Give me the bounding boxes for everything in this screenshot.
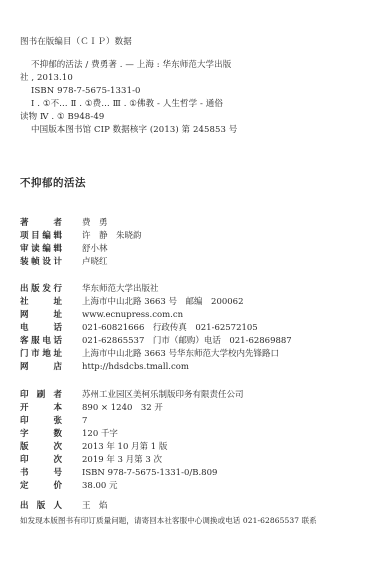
publisher-info-row: 门市地址上海市中山北路 3663 号华东师范大学校内先锋路口 — [20, 349, 279, 360]
publisher-info-value: 上海市中山北路 3663 号华东师范大学校内先锋路口 — [82, 349, 279, 360]
credit-label: 审读编辑 — [20, 244, 62, 255]
credit-value: 费 勇 — [82, 218, 108, 229]
credit-row: 审读编辑舒小林 — [20, 244, 108, 255]
print-info-value: 38.00 元 — [82, 481, 118, 492]
credit-row: 著者费 勇 — [20, 218, 108, 229]
credit-value: 舒小林 — [82, 244, 108, 255]
publisher-info-row: 电话021-60821666 行政传真 021-62572105 — [20, 323, 258, 334]
print-info-row: 书号ISBN 978-7-5675-1331-0/B.809 — [20, 468, 217, 479]
publisher-person-label: 出版人 — [20, 501, 62, 512]
publisher-info-value: 021-60821666 行政传真 021-62572105 — [82, 323, 258, 334]
publisher-info-row: 客服电话021-62865537 门市（邮购）电话 021-62869887 — [20, 336, 292, 347]
print-info-label: 书号 — [20, 468, 62, 479]
print-info-value: 120 千字 — [82, 429, 118, 440]
credit-row: 装帧设计卢晓红 — [20, 257, 108, 268]
print-info-label: 印次 — [20, 455, 62, 466]
print-info-row: 开本890 × 1240 32 开 — [20, 403, 163, 414]
cip-entry-line2: 社 , 2013.10 — [20, 73, 73, 84]
quality-notice: 如发现本版图书有印订质量问题，请寄回本社客服中心调换或电话 021-628655… — [20, 515, 317, 526]
publisher-info-row: 出版发行华东师范大学出版社 — [20, 284, 159, 295]
cip-subject-line1: Ⅰ . ①不… Ⅱ . ①费… Ⅲ . ①佛教 - 人生哲学 - 通俗 — [31, 99, 223, 110]
publisher-info-label: 出版发行 — [20, 284, 62, 295]
publisher-info-value: www.ecnupress.com.cn — [82, 310, 183, 321]
cip-heading: 图书在版编目（ＣＩＰ）数据 — [20, 37, 132, 48]
publisher-info-label: 网店 — [20, 362, 62, 373]
publisher-info-row: 社址上海市中山北路 3663 号 邮编 200062 — [20, 297, 244, 308]
print-info-row: 印张7 — [20, 416, 87, 427]
credit-label: 项目编辑 — [20, 231, 62, 242]
print-info-value: 苏州工业园区美柯乐制版印务有限责任公司 — [82, 390, 244, 401]
credit-value: 许 静 朱晓韵 — [82, 231, 142, 242]
publisher-info-row: 网址www.ecnupress.com.cn — [20, 310, 183, 321]
print-info-value: 7 — [82, 416, 87, 427]
print-info-value: ISBN 978-7-5675-1331-0/B.809 — [82, 468, 217, 479]
print-info-row: 字数120 千字 — [20, 429, 118, 440]
publisher-person-row: 出版人王 焰 — [20, 501, 108, 512]
publisher-info-value: http://hdsdcbs.tmall.com — [82, 362, 189, 373]
print-info-row: 印刷者苏州工业园区美柯乐制版印务有限责任公司 — [20, 390, 244, 401]
print-info-row: 定价38.00 元 — [20, 481, 118, 492]
cip-isbn: ISBN 978-7-5675-1331-0 — [31, 86, 141, 97]
publisher-info-label: 客服电话 — [20, 336, 62, 347]
print-info-label: 开本 — [20, 403, 62, 414]
cip-number: 中国版本图书馆 CIP 数据核字 (2013) 第 245853 号 — [31, 125, 237, 136]
credit-label: 装帧设计 — [20, 257, 62, 268]
print-info-label: 定价 — [20, 481, 62, 492]
print-info-value: 2013 年 10 月第 1 版 — [82, 442, 167, 453]
credit-label: 著者 — [20, 218, 62, 229]
publisher-person-value: 王 焰 — [82, 501, 108, 512]
print-info-value: 2019 年 3 月第 3 次 — [82, 455, 162, 466]
print-info-label: 版次 — [20, 442, 62, 453]
print-info-row: 版次2013 年 10 月第 1 版 — [20, 442, 167, 453]
publisher-info-label: 社址 — [20, 297, 62, 308]
book-title: 不抑郁的活法 — [20, 178, 86, 189]
print-info-label: 印刷者 — [20, 390, 62, 401]
publisher-info-value: 上海市中山北路 3663 号 邮编 200062 — [82, 297, 244, 308]
print-info-value: 890 × 1240 32 开 — [82, 403, 163, 414]
publisher-info-label: 电话 — [20, 323, 62, 334]
cip-entry-line1: 不抑郁的活法 / 费勇著 . — 上海 : 华东师范大学出版 — [31, 60, 231, 71]
publisher-info-label: 网址 — [20, 310, 62, 321]
print-info-row: 印次2019 年 3 月第 3 次 — [20, 455, 162, 466]
publisher-info-value: 021-62865537 门市（邮购）电话 021-62869887 — [82, 336, 292, 347]
publisher-info-row: 网店http://hdsdcbs.tmall.com — [20, 362, 189, 373]
cip-subject-line2: 读物 Ⅳ . ① B948-49 — [20, 112, 104, 123]
publisher-info-value: 华东师范大学出版社 — [82, 284, 159, 295]
credit-row: 项目编辑许 静 朱晓韵 — [20, 231, 142, 242]
publisher-info-label: 门市地址 — [20, 349, 62, 360]
print-info-label: 印张 — [20, 416, 62, 427]
print-info-label: 字数 — [20, 429, 62, 440]
credit-value: 卢晓红 — [82, 257, 108, 268]
